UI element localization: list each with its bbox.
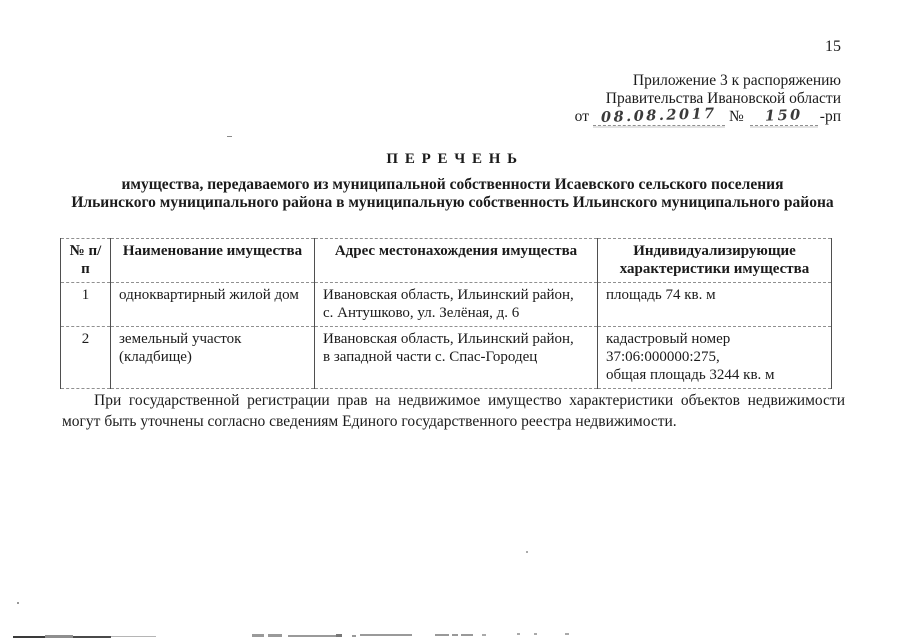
- cell-row2-name: земельный участок (кладбище): [111, 327, 315, 389]
- cell-row2-characteristics: кадастровый номер 37:06:000000:275, обща…: [598, 327, 832, 389]
- scan-speck: [17, 602, 19, 604]
- document-title: П Е Р Е Ч Е Н Ь: [0, 151, 905, 168]
- subtitle-line-1: имущества, передаваемого из муниципально…: [0, 176, 905, 194]
- table-row: 2 земельный участок (кладбище) Ивановска…: [61, 327, 832, 389]
- handwritten-number: 150: [765, 106, 803, 125]
- appendix-line-1: Приложение 3 к распоряжению: [575, 72, 841, 90]
- appendix-date-line: от08.08.2017№150-рп: [575, 108, 841, 126]
- scan-artifact-line-segment: [352, 635, 356, 637]
- date-blank: 08.08.2017: [593, 108, 725, 126]
- scan-speck: [526, 551, 528, 553]
- scan-artifact-line-segment: [252, 634, 264, 637]
- scan-artifact-line-segment: [13, 636, 45, 638]
- scan-artifact-line-segment: [360, 634, 412, 636]
- subtitle-line-2: Ильинского муниципального района в муниц…: [0, 194, 905, 212]
- scan-artifact-line-segment: [534, 633, 537, 635]
- cell-row1-address: Ивановская область, Ильинский район, с. …: [315, 283, 598, 327]
- property-table: № п/п Наименование имущества Адрес место…: [60, 238, 832, 389]
- registration-note: При государственной регистрации прав на …: [62, 390, 845, 432]
- scan-artifact-line-segment: [336, 634, 342, 637]
- scan-speck: [227, 136, 232, 137]
- cell-row1-characteristics: площадь 74 кв. м: [598, 283, 832, 327]
- number-blank: 150: [750, 108, 818, 126]
- scan-artifact-line-segment: [461, 634, 473, 636]
- page-number: 15: [825, 38, 841, 56]
- table-row: 1 одноквартирный жилой дом Ивановская об…: [61, 283, 832, 327]
- cell-row1-num: 1: [61, 283, 111, 327]
- scan-artifact-line-segment: [111, 636, 156, 637]
- scan-artifact-line-segment: [268, 634, 282, 637]
- col-header-address: Адрес местонахождения имущества: [315, 239, 598, 283]
- col-header-characteristics: Индивидуализирующие характеристики имуще…: [598, 239, 832, 283]
- scan-artifact-line-segment: [73, 636, 111, 638]
- scan-artifact-line-segment: [517, 633, 520, 635]
- number-sign: №: [729, 108, 744, 125]
- handwritten-date: 08.08.2017: [601, 105, 717, 127]
- scan-artifact-line-segment: [288, 635, 336, 637]
- col-header-name: Наименование имущества: [111, 239, 315, 283]
- appendix-header: Приложение 3 к распоряжению Правительств…: [575, 72, 841, 126]
- document-title-block: П Е Р Е Ч Е Н Ь имущества, передаваемого…: [0, 151, 905, 211]
- scan-artifact-line-segment: [452, 634, 458, 636]
- scan-artifact-line-segment: [565, 633, 569, 635]
- scan-artifact-line-segment: [482, 634, 486, 636]
- number-suffix: -рп: [820, 108, 841, 125]
- scan-artifact-line-segment: [435, 634, 449, 636]
- scan-artifact-line-segment: [45, 635, 73, 638]
- document-subtitle: имущества, передаваемого из муниципально…: [0, 176, 905, 211]
- scanned-document-page: 15 Приложение 3 к распоряжению Правитель…: [0, 0, 905, 640]
- cell-row2-address: Ивановская область, Ильинский район, в з…: [315, 327, 598, 389]
- col-header-num: № п/п: [61, 239, 111, 283]
- date-prefix: от: [575, 108, 589, 125]
- cell-row2-num: 2: [61, 327, 111, 389]
- table-header-row: № п/п Наименование имущества Адрес место…: [61, 239, 832, 283]
- cell-row1-name: одноквартирный жилой дом: [111, 283, 315, 327]
